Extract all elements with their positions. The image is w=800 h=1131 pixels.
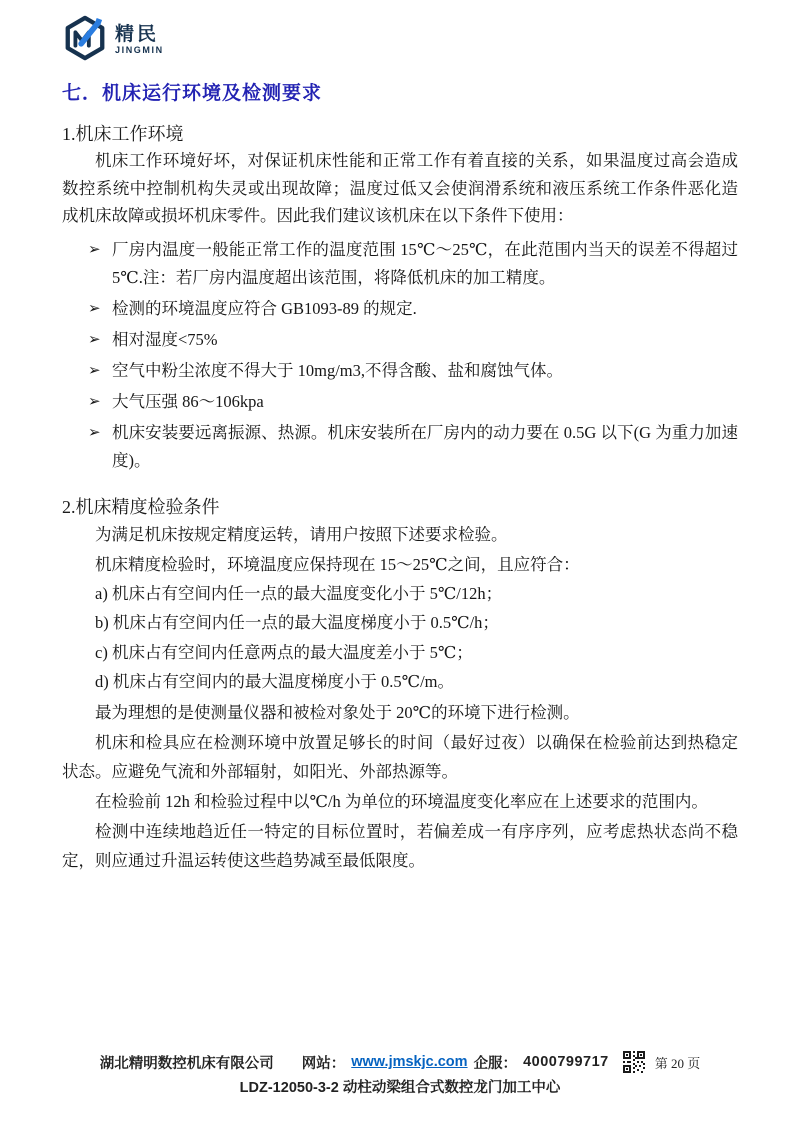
page-number: 第 20 页: [655, 1053, 701, 1072]
list-item-text: 机床安装要远离振源、热源。机床安装所在厂房内的动力要在 0.5G 以下(G 为重…: [112, 419, 738, 475]
paragraph: 检测中连续地趋近任一特定的目标位置时，若偏差成一有序序列，应考虑热状态尚不稳定，…: [62, 817, 738, 875]
paragraph: 机床和检具应在检测环境中放置足够长的时间（最好过夜）以确保在检验前达到热稳定状态…: [62, 728, 738, 786]
list-item-text: 相对湿度<75%: [112, 326, 738, 354]
paragraph: 为满足机床按规定精度运转，请用户按照下述要求检验。: [62, 520, 738, 549]
logo-hexagon-icon: [62, 14, 108, 67]
paragraph: 机床精度检验时，环境温度应保持现在 15～25℃之间，且应符合：: [62, 550, 738, 579]
logo-text: 精民 JINGMIN: [115, 25, 164, 55]
service-label: 企服：: [474, 1052, 518, 1073]
company-name: 湖北精明数控机床有限公司: [100, 1052, 274, 1073]
service-phone: 4000799717: [523, 1054, 609, 1070]
list-item: ➢ 大气压强 86～106kpa: [88, 388, 738, 416]
list-item: ➢ 检测的环境温度应符合 GB1093-89 的规定.: [88, 295, 738, 323]
arrow-bullet-icon: ➢: [88, 295, 112, 323]
qr-code: [623, 1051, 645, 1073]
arrow-bullet-icon: ➢: [88, 388, 112, 416]
document-page: 精民 JINGMIN 七．机床运行环境及检测要求 1.机床工作环境 机床工作环境…: [0, 0, 800, 1131]
lettered-item: b) 机床占有空间内任一点的最大温度梯度小于 0.5℃/h；: [95, 608, 738, 638]
list-item: ➢ 相对湿度<75%: [88, 326, 738, 354]
section1-title: 1.机床工作环境: [62, 120, 738, 146]
list-item: ➢ 厂房内温度一般能正常工作的温度范围 15℃～25℃，在此范围内当天的误差不得…: [88, 236, 738, 292]
website-link[interactable]: www.jmskjc.com: [351, 1054, 467, 1070]
arrow-bullet-icon: ➢: [88, 326, 112, 354]
brand-name-cn: 精民: [115, 25, 164, 44]
company-logo: 精民 JINGMIN: [62, 15, 738, 65]
product-model-line: LDZ-12050-3-2 动柱动梁组合式数控龙门加工中心: [62, 1076, 738, 1097]
list-item: ➢ 机床安装要远离振源、热源。机床安装所在厂房内的动力要在 0.5G 以下(G …: [88, 419, 738, 475]
list-item: ➢ 空气中粉尘浓度不得大于 10mg/m3,不得含酸、盐和腐蚀气体。: [88, 357, 738, 385]
arrow-bullet-icon: ➢: [88, 419, 112, 447]
paragraph: 最为理想的是使测量仪器和被检对象处于 20℃的环境下进行检测。: [62, 698, 738, 727]
list-item-text: 空气中粉尘浓度不得大于 10mg/m3,不得含酸、盐和腐蚀气体。: [112, 357, 738, 385]
paragraph: 在检验前 12h 和检验过程中以℃/h 为单位的环境温度变化率应在上述要求的范围…: [62, 787, 738, 816]
footer-info-line: 湖北精明数控机床有限公司 网站： www.jmskjc.com 企服： 4000…: [62, 1051, 738, 1073]
website-label: 网站：: [302, 1052, 346, 1073]
arrow-bullet-icon: ➢: [88, 357, 112, 385]
brand-name-en: JINGMIN: [115, 46, 164, 55]
lettered-item: c) 机床占有空间内任意两点的最大温度差小于 5℃；: [95, 638, 738, 668]
section2: 2.机床精度检验条件 为满足机床按规定精度运转，请用户按照下述要求检验。 机床精…: [62, 478, 738, 875]
paragraph: 机床工作环境好坏，对保证机床性能和正常工作有着直接的关系，如果温度过高会造成数控…: [62, 147, 738, 230]
list-item-text: 检测的环境温度应符合 GB1093-89 的规定.: [112, 295, 738, 323]
list-item-text: 大气压强 86～106kpa: [112, 388, 738, 416]
page-title: 七．机床运行环境及检测要求: [62, 78, 738, 105]
list-item-text: 厂房内温度一般能正常工作的温度范围 15℃～25℃，在此范围内当天的误差不得超过…: [112, 236, 738, 292]
lettered-item: a) 机床占有空间内任一点的最大温度变化小于 5℃/12h；: [95, 579, 738, 609]
bullet-list: ➢ 厂房内温度一般能正常工作的温度范围 15℃～25℃，在此范围内当天的误差不得…: [62, 233, 738, 478]
page-footer: 湖北精明数控机床有限公司 网站： www.jmskjc.com 企服： 4000…: [62, 1051, 738, 1131]
section2-title: 2.机床精度检验条件: [62, 493, 738, 519]
lettered-item: d) 机床占有空间内的最大温度梯度小于 0.5℃/m。: [95, 667, 738, 697]
arrow-bullet-icon: ➢: [88, 236, 112, 264]
